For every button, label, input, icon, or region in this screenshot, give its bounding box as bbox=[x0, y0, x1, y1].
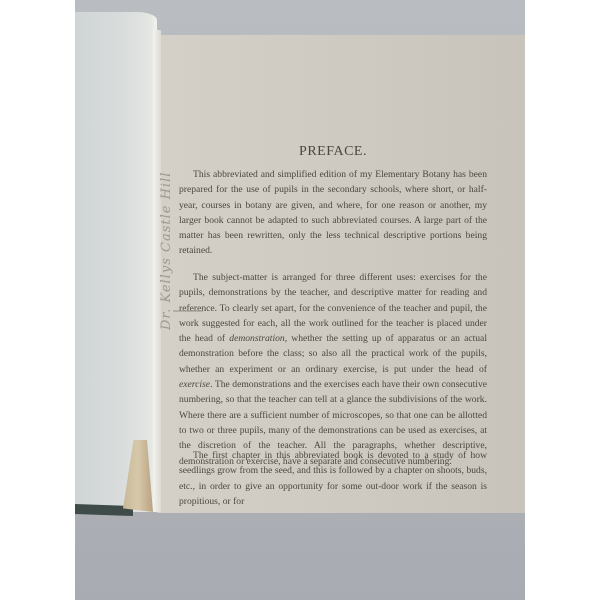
emphasis-exercise: exercise bbox=[179, 379, 210, 390]
preface-page: PREFACE. This abbreviated and simplified… bbox=[157, 35, 525, 513]
paragraph-1: This abbreviated and simplified edition … bbox=[179, 167, 487, 259]
left-page bbox=[75, 12, 157, 512]
page-number: iii bbox=[469, 510, 477, 525]
emphasis-demonstration: demonstration bbox=[229, 333, 284, 344]
pencil-inscription: Dr. Kellys Castle Hill bbox=[159, 172, 174, 330]
paragraph-3: The first chapter in this abbreviated bo… bbox=[179, 448, 487, 509]
page-title: PREFACE. bbox=[179, 144, 487, 159]
book-photo: PREFACE. This abbreviated and simplified… bbox=[75, 0, 525, 600]
pencil-underline bbox=[173, 310, 203, 312]
paragraph-2: The subject-matter is arranged for three… bbox=[179, 270, 487, 469]
